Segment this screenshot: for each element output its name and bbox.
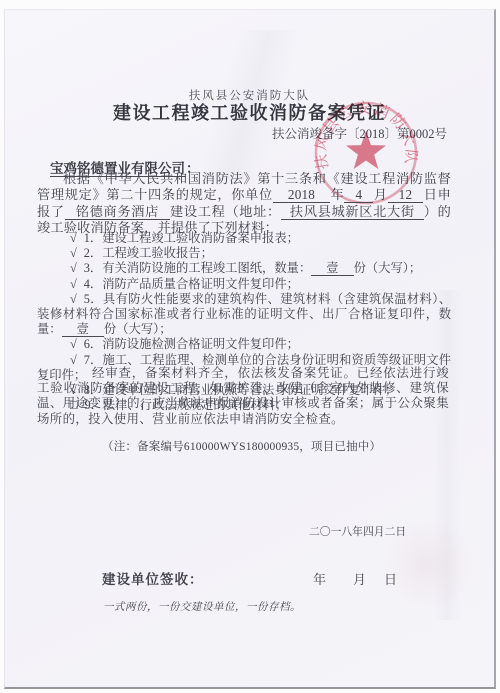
declared-day-value: 12 xyxy=(388,187,424,203)
item-text: 2．工程竣工验收报告； xyxy=(84,246,213,260)
record-number-note: （注：备案编号610000WYS180000935，项目已抽中） xyxy=(102,438,381,454)
checklist-item: √1．建设工程竣工验收消防备案申报表； xyxy=(37,231,451,246)
checklist-item: √6．消防设施检测合格证明文件复印件； xyxy=(37,337,451,352)
checkmark-icon: √ xyxy=(70,261,77,275)
month-unit: 月 xyxy=(373,187,387,202)
item-text: 3．有关消防设施的工程竣工图纸，数量： xyxy=(84,261,312,275)
scanned-document-page: 扶风县公安消防大队 建设工程竣工验收消防备案凭证 扶公消竣备字〔2018〕第00… xyxy=(4,9,496,689)
item-text: 6．消防设施检测合格证明文件复印件； xyxy=(84,337,299,351)
checklist-item: √4．消防产品质量合格证明文件复印件； xyxy=(37,277,451,292)
intro-paragraph: 根据《中华人民共和国消防法》第十三条和《建设工程消防监督管理规定》第二十四条的规… xyxy=(37,171,451,236)
project-name-value: 铭德商务酒店 xyxy=(65,204,170,220)
sign-date-year-label: 年 xyxy=(313,569,326,588)
checkmark-icon: √ xyxy=(70,231,77,245)
copies-note: 一式两份，一份交建设单位，一份存档。 xyxy=(103,599,301,614)
issue-date: 二〇一八年四月二日 xyxy=(309,524,406,539)
checkmark-icon: √ xyxy=(70,337,77,351)
star-icon xyxy=(346,131,386,169)
project-address-value: 扶风县城新区北大街 xyxy=(281,204,424,220)
checkmark-icon: √ xyxy=(70,353,77,367)
declared-year-value: 2018 xyxy=(273,187,330,203)
item-text: 4．消防产品质量合格证明文件复印件； xyxy=(84,277,299,291)
declared-month-value: 4 xyxy=(344,187,373,203)
closing-paragraph: 经审查，备案材料齐全，依法核发备案凭证。已经依法进行竣工验收消防备案的建设工程，… xyxy=(37,366,449,427)
item-text: 1．建设工程竣工验收消防备案申报表； xyxy=(84,231,299,245)
checklist-item: √5．具有防火性能要求的建筑构件、建筑材料（含建筑保温材料）、装修材料符合国家标… xyxy=(37,292,451,338)
checkmark-icon: √ xyxy=(70,277,77,291)
checklist-item: √3．有关消防设施的工程竣工图纸，数量：壹份（大写）； xyxy=(37,261,451,276)
construction-unit-sign-label: 建设单位签收： xyxy=(102,568,204,588)
sign-date-day-label: 日 xyxy=(384,569,397,588)
year-unit: 年 xyxy=(330,187,344,202)
quantity-value: 壹 xyxy=(62,322,104,337)
sign-date-month-label: 月 xyxy=(353,569,366,588)
checklist-item: √2．工程竣工验收报告； xyxy=(37,246,451,261)
intro-text-2: 建设工程（地址： xyxy=(170,204,281,219)
checkmark-icon: √ xyxy=(70,246,77,260)
quantity-value: 壹 xyxy=(311,261,353,276)
checkmark-icon: √ xyxy=(70,292,77,306)
item-suffix: 份（大写）； xyxy=(354,261,422,275)
item-suffix: 份（大写）； xyxy=(104,322,172,336)
